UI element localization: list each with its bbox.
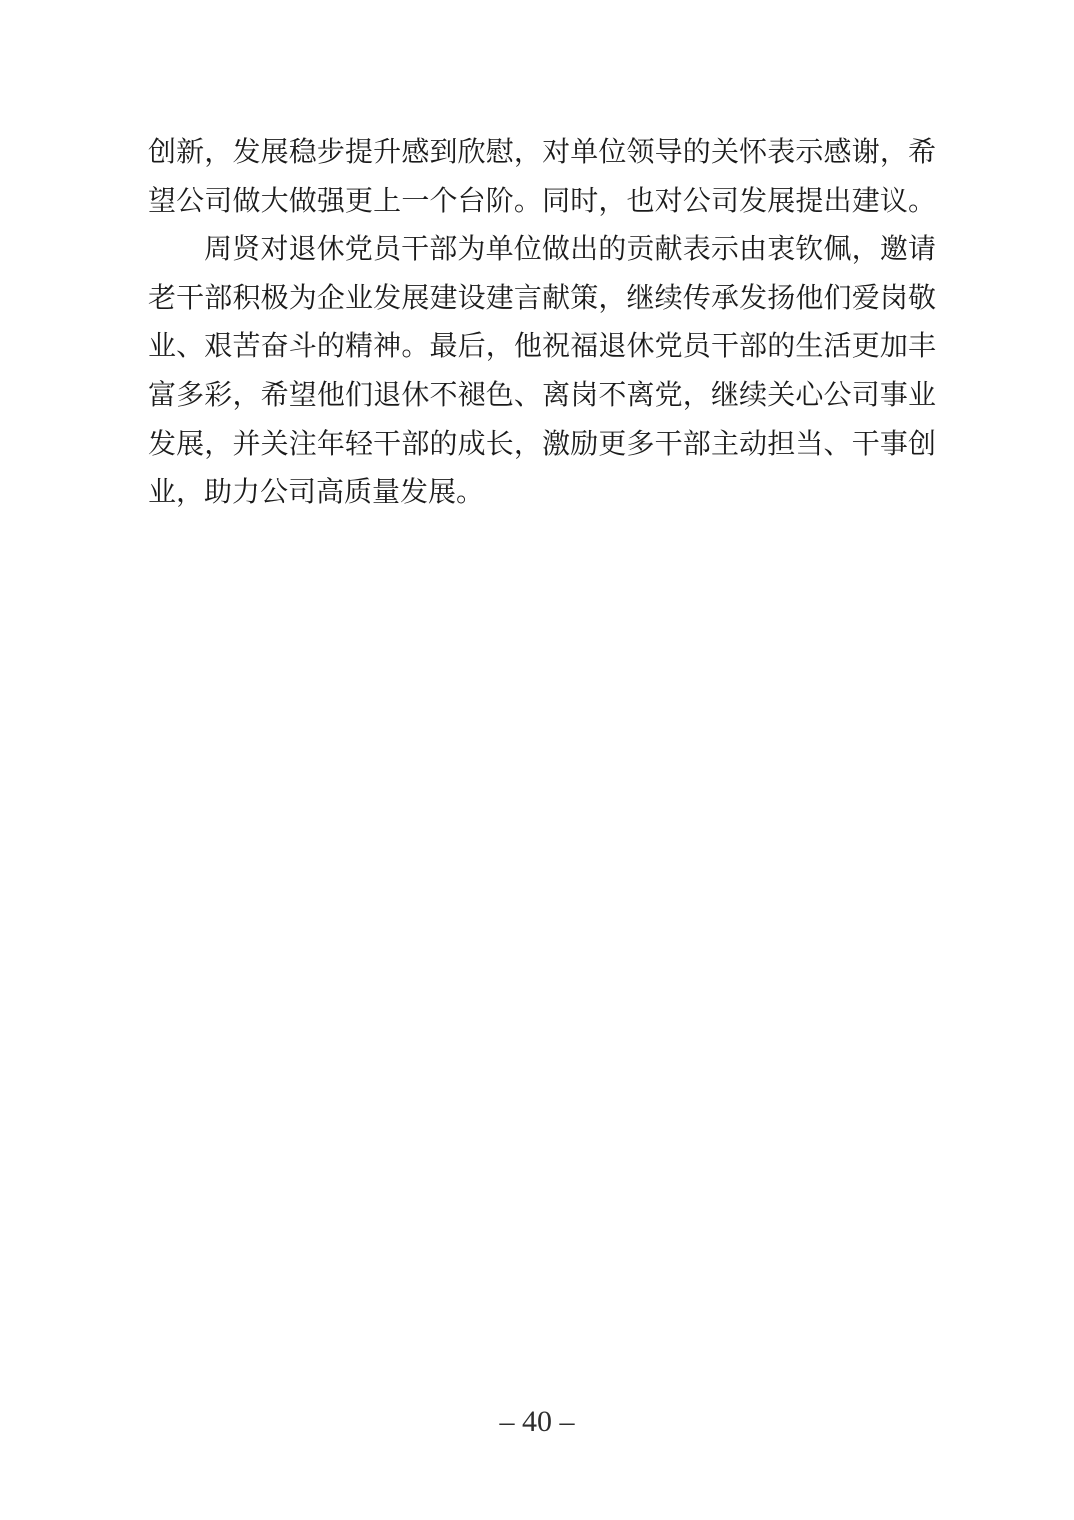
text-line: 业，助力公司高质量发展。 bbox=[148, 469, 936, 518]
document-body: 创新，发展稳步提升感到欣慰，对单位领导的关怀表示感谢，希 望公司做大做强更上一个… bbox=[148, 129, 936, 518]
text-line: 周贤对退休党员干部为单位做出的贡献表示由衷钦佩，邀请 bbox=[148, 226, 936, 275]
page-number: – 40 – bbox=[0, 1404, 1074, 1440]
text-line: 创新，发展稳步提升感到欣慰，对单位领导的关怀表示感谢，希 bbox=[148, 129, 936, 178]
paragraph-2: 周贤对退休党员干部为单位做出的贡献表示由衷钦佩，邀请 老干部积极为企业发展建设建… bbox=[148, 226, 936, 518]
text-line: 望公司做大做强更上一个台阶。同时，也对公司发展提出建议。 bbox=[148, 178, 936, 227]
document-page: 创新，发展稳步提升感到欣慰，对单位领导的关怀表示感谢，希 望公司做大做强更上一个… bbox=[0, 0, 1074, 1520]
text-line: 业、艰苦奋斗的精神。最后，他祝福退休党员干部的生活更加丰 bbox=[148, 323, 936, 372]
text-line: 老干部积极为企业发展建设建言献策，继续传承发扬他们爱岗敬 bbox=[148, 275, 936, 324]
text-line: 富多彩，希望他们退休不褪色、离岗不离党，继续关心公司事业 bbox=[148, 372, 936, 421]
text-line: 发展，并关注年轻干部的成长，激励更多干部主动担当、干事创 bbox=[148, 421, 936, 470]
paragraph-1: 创新，发展稳步提升感到欣慰，对单位领导的关怀表示感谢，希 望公司做大做强更上一个… bbox=[148, 129, 936, 226]
